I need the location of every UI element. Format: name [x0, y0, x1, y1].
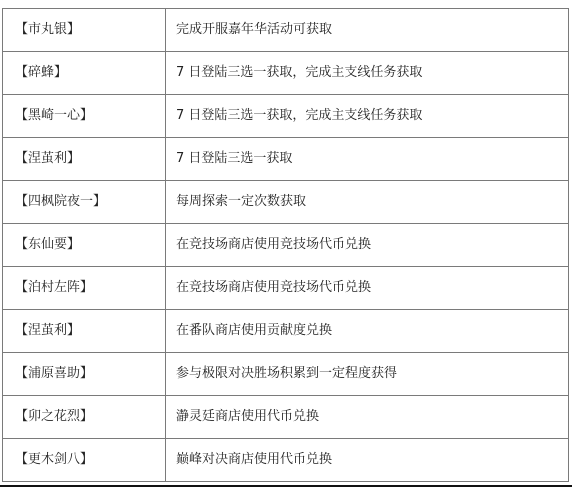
character-name-cell: 【涅茧利】	[3, 138, 166, 181]
table-row: 【泊村左阵】 在竞技场商店使用竞技场代币兑换	[3, 267, 569, 310]
acquisition-method-cell: 参与极限对决胜场积累到一定程度获得	[166, 353, 569, 396]
table-row: 【更木剑八】 巅峰对决商店使用代币兑换	[3, 439, 569, 482]
character-name-cell: 【黑崎一心】	[3, 95, 166, 138]
character-name-cell: 【东仙要】	[3, 224, 166, 267]
table-row: 【卯之花烈】 瀞灵廷商店使用代币兑换	[3, 396, 569, 439]
table-row: 【市丸银】 完成开服嘉年华活动可获取	[3, 9, 569, 52]
table-row: 【涅茧利】 在番队商店使用贡献度兑换	[3, 310, 569, 353]
acquisition-method-cell: 7 日登陆三选一获取，完成主支线任务获取	[166, 52, 569, 95]
acquisition-method-cell: 巅峰对决商店使用代币兑换	[166, 439, 569, 482]
acquisition-method-cell: 在番队商店使用贡献度兑换	[166, 310, 569, 353]
character-name-cell: 【涅茧利】	[3, 310, 166, 353]
table-row: 【涅茧利】 7 日登陆三选一获取	[3, 138, 569, 181]
table-row: 【东仙要】 在竞技场商店使用竞技场代币兑换	[3, 224, 569, 267]
table-row: 【浦原喜助】 参与极限对决胜场积累到一定程度获得	[3, 353, 569, 396]
character-acquisition-table: 【市丸银】 完成开服嘉年华活动可获取 【碎蜂】 7 日登陆三选一获取，完成主支线…	[2, 8, 569, 482]
character-name-cell: 【四枫院夜一】	[3, 181, 166, 224]
table-row: 【碎蜂】 7 日登陆三选一获取，完成主支线任务获取	[3, 52, 569, 95]
acquisition-method-cell: 在竞技场商店使用竞技场代币兑换	[166, 267, 569, 310]
character-name-cell: 【浦原喜助】	[3, 353, 166, 396]
character-name-cell: 【市丸银】	[3, 9, 166, 52]
bottom-divider	[0, 485, 572, 487]
acquisition-method-cell: 7 日登陆三选一获取	[166, 138, 569, 181]
acquisition-method-cell: 完成开服嘉年华活动可获取	[166, 9, 569, 52]
acquisition-method-cell: 每周探索一定次数获取	[166, 181, 569, 224]
character-name-cell: 【更木剑八】	[3, 439, 166, 482]
acquisition-method-cell: 7 日登陆三选一获取，完成主支线任务获取	[166, 95, 569, 138]
character-name-cell: 【卯之花烈】	[3, 396, 166, 439]
acquisition-method-cell: 在竞技场商店使用竞技场代币兑换	[166, 224, 569, 267]
table-row: 【黑崎一心】 7 日登陆三选一获取，完成主支线任务获取	[3, 95, 569, 138]
acquisition-method-cell: 瀞灵廷商店使用代币兑换	[166, 396, 569, 439]
character-name-cell: 【泊村左阵】	[3, 267, 166, 310]
character-name-cell: 【碎蜂】	[3, 52, 166, 95]
table-row: 【四枫院夜一】 每周探索一定次数获取	[3, 181, 569, 224]
